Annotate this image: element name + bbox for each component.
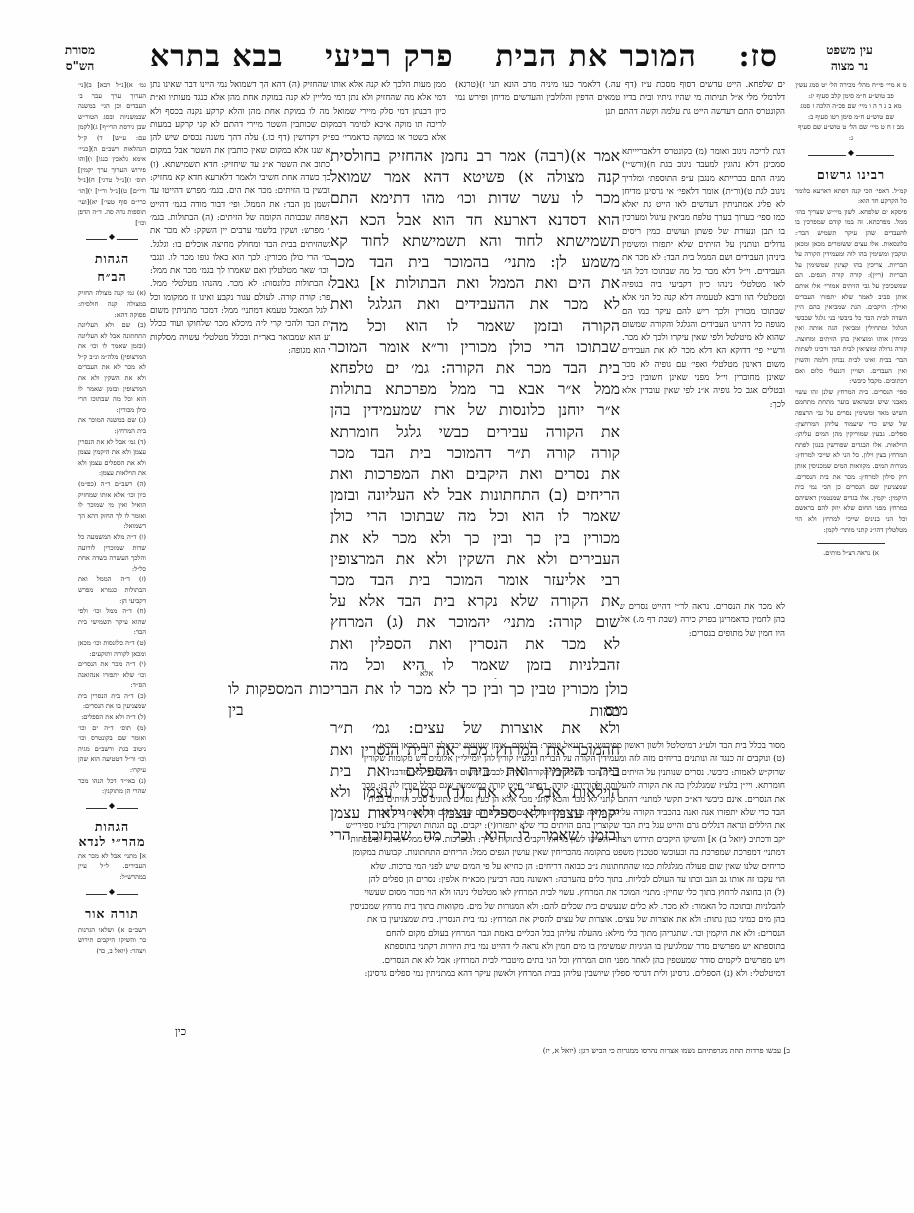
- hagahot-note: (ט) ד״ה כלונסות וכו׳ מכאן ומכאן לקורה ות…: [78, 638, 146, 659]
- mesoret-header: מסורת הש"ס: [35, 42, 125, 74]
- gemara-line: א״ר יוחנן כלונסות של ארז שמעמידין בהן: [330, 400, 620, 421]
- mesoret-hashas-text: גמ׳ א)[נ״ל רבא] ב)[ני׳ הערוך ערך עבר ב׳ …: [78, 80, 146, 228]
- gemara-line: את הקורה שלא נקרא בית הבד אלא על: [330, 591, 620, 612]
- rabbeinu-gershom-paragraph: קמ״ל. דאפי׳ הכי קנה דסתא דארעא בלומר כל …: [795, 186, 907, 207]
- hagahot-note: (ה) רשב״ם ד״ה (כפ״מ) כיון וכו׳ אלא אותו …: [78, 479, 146, 532]
- ein-mishpat-title: עין משפט: [792, 42, 907, 58]
- gemara-line: בית הבד מכר את הקורה: גמ׳ ים טלפחא: [330, 358, 620, 379]
- ein-mishpat-entries: מ א מיי׳ פי״ח מהל׳ מכירה הל׳ יט סמג עשין…: [795, 80, 907, 144]
- ornament-divider: [78, 803, 146, 813]
- commentary-line: בתוספתא יש מפרשים מדר שמלגיעין בו הגיגיו…: [150, 941, 785, 954]
- torah-or-text: רשב״ם א) ושלאו הגרנות בר והשיקו היקבים ת…: [78, 925, 146, 957]
- commentary-line: את היללים ונראה דנללים גרם והייט עגל בית…: [150, 820, 785, 833]
- gemara-line: זהבלניות בזמן שאמר לו היא וכל מה: [330, 655, 620, 676]
- tosafot-top: ים שלפחא. הייט עדשים דסוף מסכת ע״ז (דף ע…: [455, 79, 785, 146]
- commentary-line: הוי עקבו זה אותו גב הגב ובתו עד העולם לב…: [150, 874, 785, 887]
- gemara-line: הוא דסדנא דארעא חד הוא אבל הכא הא: [330, 210, 620, 231]
- ornament-divider: [78, 889, 146, 899]
- gemara-line: את נסרים ואת היקבים ואת המפרכות ואת: [330, 464, 620, 485]
- page-header: סז: המוכר את הבית פרק רביעי בבא בתרא: [150, 38, 778, 74]
- hashas-title: הש"ס: [35, 58, 125, 74]
- tosafot-lo-makhar: לא מכר את הנסרים. נראה לר״י דהייט נסרים …: [600, 601, 785, 673]
- hagahot-note: (מ) תוס׳ ד״ה ים וכו׳ ואומר שם בקונטרס וכ…: [78, 723, 146, 776]
- commentary-line: (ט) ונוקבים זה כנגד זה ונותנים בריחים מז…: [150, 753, 785, 766]
- hagahot-note: (כ) ד״ה בית הנסרין בית שמצניעין בו את הנ…: [78, 691, 146, 712]
- page-number: סז:: [738, 39, 778, 74]
- gemara-line: שום קורה: מתני׳ יהמוכר את (ג) המרחץ: [330, 612, 620, 633]
- chapter-name: המוכר את הבית: [495, 39, 696, 74]
- hagahot-note: (ז) ד״ה הממל ואת הבתולות כגמרא מפרש דקבי…: [78, 574, 146, 606]
- commentary-line: שרוק״ש לאמות: כיבשי. נסרים שנותנין על הז…: [150, 767, 785, 780]
- ein-mishpat-header: עין משפט נר מצוה: [792, 42, 907, 74]
- tosafot-body: דגת לריכה ניגוב ואומר (מ) בקונטרס דלאברי…: [622, 147, 785, 410]
- hagahot-title-line: הגהות: [78, 819, 146, 834]
- hagahot-note: (י) ד״ה מכר את הנסרים וכו׳ שלא יתפזרו אנ…: [78, 659, 146, 691]
- tractate-name: בבא בתרא: [150, 39, 283, 74]
- commentary-line: מסור בכלל בית הבד ולע״ג דמיטלטל ולשון רא…: [150, 740, 785, 753]
- hagahot-note: (א) גמ׳ קנה מצולה החזיק במצולה קנה חולסי…: [78, 288, 146, 320]
- maharei-landa-title-line: מהר״י לנדא: [78, 834, 146, 849]
- ein-mishpat-entry: מא ב ג ד ה ו מיי׳ שם פכ״ה הלכה ז סמג שם …: [795, 101, 907, 122]
- commentary-line: חומרתא. ויי״ן בלע״ז שמגלגלין בה את הקורה…: [150, 780, 785, 793]
- hagahot-habach-notes: (א) גמ׳ קנה מצולה החזיק במצולה קנה חולסי…: [78, 288, 146, 797]
- gemara-line: את הקורה עבירים כבשי גלגל חומרתא: [330, 422, 620, 443]
- commentary-line: להבלניות ובתוכה כל האמור: לא מכר. לא כלי…: [150, 901, 785, 914]
- right-margin-column: מ א מיי׳ פי״ח מהל׳ מכירה הל׳ יט סמג עשין…: [795, 80, 907, 1060]
- mesoret-title: מסורת: [35, 42, 125, 58]
- gemara-line: שאמר לו הוא וכל מה שבתוכו הרי כולן: [330, 506, 620, 527]
- commentary-line: כריחים שלנו שאין שום פעולה מגלגלות כמו ש…: [150, 861, 785, 874]
- gemara-line: הריחים (ב) התחתונות אבל לא העליונה ובזמן: [330, 485, 620, 506]
- ner-mitzvah-title: נר מצוה: [792, 58, 907, 74]
- tosafot-top-text: ים שלפחא. הייט עדשים דסוף מסכת ע״ז (דף ע…: [455, 80, 785, 117]
- commentary-line: את הנסרים. אינם כיבשי דא״כ תקשי למתני׳ ד…: [150, 794, 785, 807]
- gemara-line: לא מכר את ההעבידים ואת הגלגל ואת: [330, 294, 620, 315]
- hagahot-note: (ד) גמ׳ אבל לא את הנסרין עצמן ולא את היק…: [78, 437, 146, 479]
- hagahot-note: (ו) ד״ה מלא המשמעה כל שדות שמוכרין לורוע…: [78, 532, 146, 574]
- hagahot-note: (ג) שם במשנה המוכר את בית המרחץ:: [78, 415, 146, 436]
- left-margin-column: גמ׳ א)[נ״ל רבא] ב)[ני׳ הערוך ערך עבר ב׳ …: [78, 80, 146, 1080]
- commentary-line: דמתני׳ דמפרכת שמפרכת בה ובעוכשו סטכנין מ…: [150, 847, 785, 860]
- commentary-line: הבד כדי שלא יתפזרו אנה ואנה בהכביד הקורה…: [150, 807, 785, 820]
- commentary-line: ויש מפרשים ליקמים סודר שמעטפין בהן לאחר …: [150, 955, 785, 968]
- hagahot-note: (ל) ד״ה ולא את הספלים:: [78, 712, 146, 723]
- commentary-line: דמיטלטלי: ולא (נ) הספלים. גרסינן ולית דג…: [150, 968, 785, 981]
- gemara-line: לא מכר את הנסרין ואת הספלין ואת: [330, 634, 620, 655]
- gemara-line: ממל א״ר אבא בר ממל מפרכתא בתולות: [330, 379, 620, 400]
- gemara-line: מכר לו עשר שדות וכו׳ מהו דתימא התם: [330, 188, 620, 209]
- gemara-line: מכורין בין כך ובין כך ולא מכר לא את: [330, 528, 620, 549]
- rabbeinu-gershom-title: רבינו גרשום: [795, 166, 907, 184]
- gemara-line: קנה מצולה א) פשיטא דהא אמר שמואל: [330, 167, 620, 188]
- commentary-line: הנסרים: ולא את היקמין וכו׳. שתגריהן מתוך…: [150, 928, 785, 941]
- chapter-number: פרק רביעי: [325, 39, 453, 74]
- gemara-line: אמר א)(רבה) אמר רב נחמן אהחזיק בחולסית: [330, 146, 620, 167]
- rabbeinu-gershom-text: קמ״ל. דאפי׳ הכי קנה דסתא דארעא בלומר כל …: [795, 186, 907, 536]
- footnote-rule: [817, 543, 884, 544]
- bottom-commentary: מסור בכלל בית הבד ולע״ג דמיטלטל ולשון רא…: [150, 740, 785, 1065]
- hagahot-note: (נ) באי״ד דכל הנהו מכר שהרי הן מתוקנין:: [78, 776, 146, 797]
- gemara-line: העבירים ולא את השקין ולא את המרצופין: [330, 549, 620, 570]
- gemara-line: שבתוכו הרי כולן מכורין ור״א אומר המוכר: [330, 337, 620, 358]
- rabbeinu-gershom-paragraph: ספי׳ הנסרים. בית המרחץ שלנן זהו עשוי מאב…: [795, 387, 907, 535]
- commentary-line: יקב ודכתיב (יואל ב) א] והשיקו היקבים תיר…: [150, 834, 785, 847]
- gemara-line: קורה קורה ת״ר דהמוכר בית הבד מכר: [330, 443, 620, 464]
- hagahot-maharei-note: א] מתני׳ אבל לא מכר את העבירים. ל״ל עיין…: [78, 851, 146, 883]
- ornament-divider: [78, 234, 146, 244]
- rabbeinu-gershom-paragraph: פיסקא ים שלפחא. לשון מיי״ש שצריך בהו׳ ממ…: [795, 207, 907, 387]
- rabbeinu-gershom-footnote: א) נראה דצ״ל מותים.: [795, 548, 907, 559]
- commentary-line: (ל) הן בחוצה לרחוץ בתוך כלי שחיין: מתני׳…: [150, 887, 785, 900]
- hagahot-maharei-title: הגהות מהר״י לנדא: [78, 819, 146, 849]
- commentary-last-word: כין: [175, 1025, 186, 1038]
- tosafot-lo-makhar-text: לא מכר את הנסרים. נראה לר״י דהייט נסרים …: [600, 602, 785, 639]
- ein-mishpat-entry: מ א מיי׳ פי״ח מהל׳ מכירה הל׳ יט סמג עשין…: [795, 80, 907, 101]
- gemara-line: תשמישתא לחוד והא תשמישתא לחוד קא: [330, 231, 620, 252]
- ein-mishpat-entry: מב ז ח ט מיי׳ שם הל׳ ט טוש״ע שם סעיף ג:: [795, 122, 907, 143]
- torah-or-title: תורה אור: [78, 905, 146, 923]
- gemara-line: משמע לן: מתני׳ בהמוכר בית הבד מכר: [330, 252, 620, 273]
- commentary-line: בהן מים כמיני כגון גתות: ולא את אוצרות ש…: [150, 914, 785, 927]
- gemara-line: רבי אליעזר אומר המוכר בית הבד מכר: [330, 570, 620, 591]
- gemara-marginal-gloss: אלא: [420, 669, 433, 678]
- gemara-line: את הים ואת הממל ואת הבתולות א] גאבל: [330, 273, 620, 294]
- hagahot-note: (ח) ד״ה ממל וכו׳ ולפי שהוא עיקר תשמישי ב…: [78, 606, 146, 638]
- torah-or-footer: ב] עבשו פרדות תחת מגרפתיהם נשמו אצרות נה…: [150, 1046, 790, 1055]
- hagahot-note: (ב) שם ולא העליונה התחתונה אבל לא העליונ…: [78, 320, 146, 415]
- hagahot-habach-title: הגהות הב״ח: [78, 250, 146, 286]
- gemara-final-word: במות: [330, 701, 620, 722]
- ornament-divider: [795, 150, 907, 160]
- gemara-line: הקורה ובזמן שאמר לו הוא וכל מה: [330, 316, 620, 337]
- tosafot-column: דגת לריכה ניגוב ואומר (מ) בקונטרס דלאברי…: [622, 146, 785, 601]
